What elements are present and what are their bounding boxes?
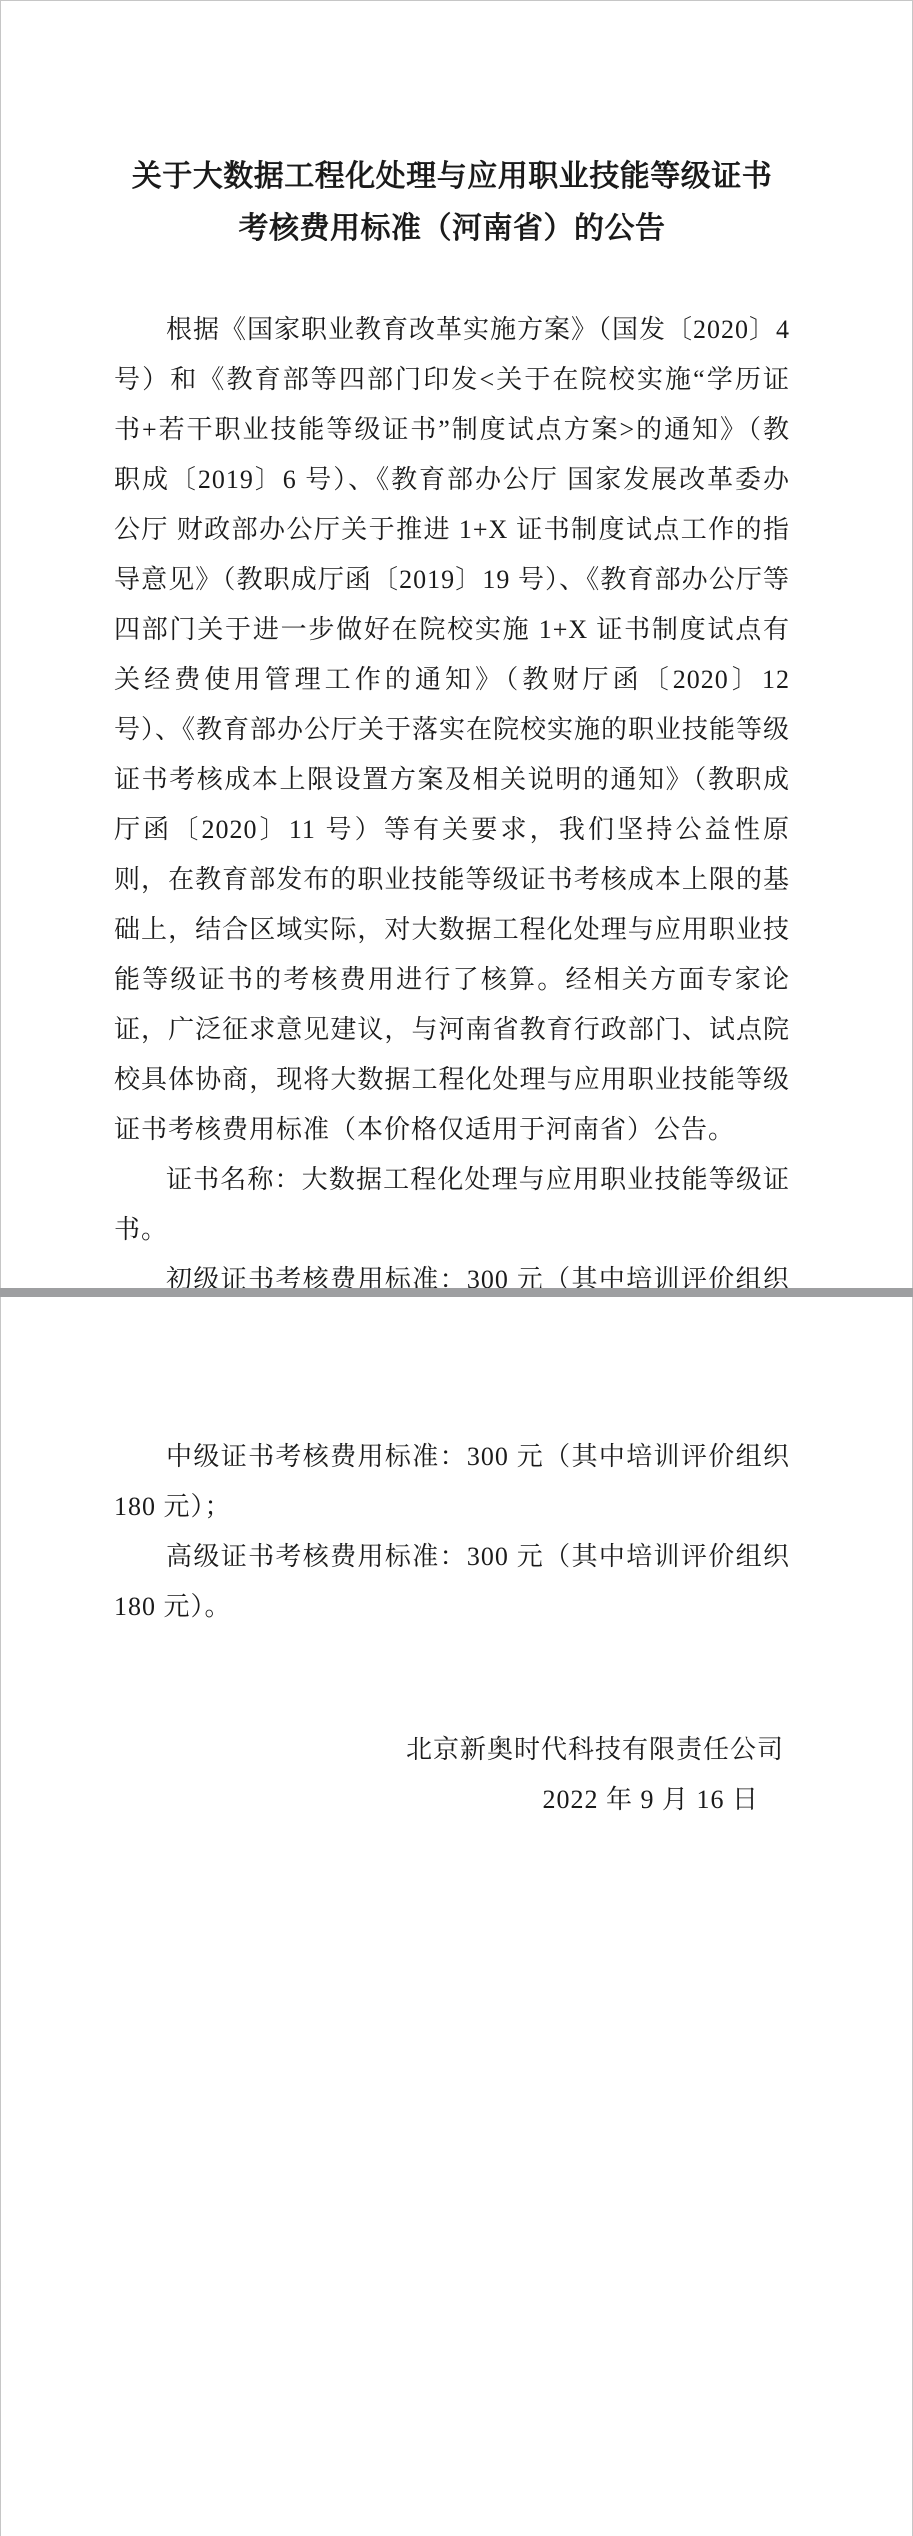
document-page-1: 关于大数据工程化处理与应用职业技能等级证书 考核费用标准（河南省）的公告 根据《… bbox=[0, 0, 913, 1288]
signature-date: 2022 年 9 月 16 日 bbox=[114, 1775, 759, 1825]
document-title: 关于大数据工程化处理与应用职业技能等级证书 考核费用标准（河南省）的公告 bbox=[114, 1, 790, 255]
body-paragraph-certificate-name: 证书名称：大数据工程化处理与应用职业技能等级证书。 bbox=[114, 1155, 790, 1255]
page-1-content: 关于大数据工程化处理与应用职业技能等级证书 考核费用标准（河南省）的公告 根据《… bbox=[1, 1, 912, 1288]
body-paragraph-intermediate-fee: 中级证书考核费用标准：300 元（其中培训评价组织 180 元）； bbox=[114, 1432, 790, 1532]
signature-company: 北京新奥时代科技有限责任公司 bbox=[114, 1725, 784, 1775]
signature-block: 北京新奥时代科技有限责任公司 2022 年 9 月 16 日 bbox=[114, 1725, 790, 1825]
body-paragraph-senior-fee: 高级证书考核费用标准：300 元（其中培训评价组织 180 元）。 bbox=[114, 1532, 790, 1632]
title-line-2: 考核费用标准（河南省）的公告 bbox=[239, 212, 666, 245]
title-line-1: 关于大数据工程化处理与应用职业技能等级证书 bbox=[132, 160, 773, 193]
page-2-content: 中级证书考核费用标准：300 元（其中培训评价组织 180 元）； 高级证书考核… bbox=[1, 1297, 912, 1825]
document-page-2: 中级证书考核费用标准：300 元（其中培训评价组织 180 元）； 高级证书考核… bbox=[0, 1297, 913, 2536]
document-viewer: 关于大数据工程化处理与应用职业技能等级证书 考核费用标准（河南省）的公告 根据《… bbox=[0, 0, 913, 2536]
body-paragraph-junior-fee: 初级证书考核费用标准：300 元（其中培训评价组织 180 元）； bbox=[114, 1255, 790, 1288]
page-break-divider bbox=[0, 1288, 913, 1297]
body-paragraph-basis: 根据《国家职业教育改革实施方案》（国发〔2020〕4 号）和《教育部等四部门印发… bbox=[114, 305, 790, 1155]
